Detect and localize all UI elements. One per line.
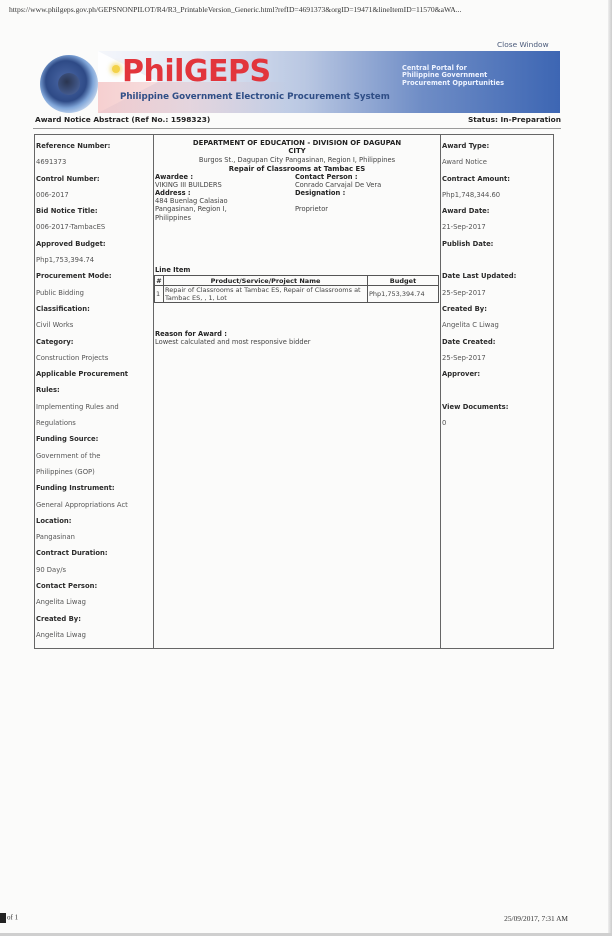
contact-person: Conrado Carvajal De Vera <box>295 181 435 189</box>
middle-details-column: DEPARTMENT OF EDUCATION - DIVISION OF DA… <box>154 135 440 648</box>
field-label: Rules: <box>35 382 153 398</box>
field-label: Contract Amount: <box>441 171 555 187</box>
field-value: Regulations <box>35 415 153 431</box>
print-timestamp: 25/09/2017, 7:31 AM <box>504 914 568 923</box>
line-item-table: # Product/Service/Project Name Budget 1 … <box>154 275 439 303</box>
field-value: Php1,753,394.74 <box>35 252 153 268</box>
org-name-line: CITY <box>154 147 440 155</box>
field-value: General Appropriations Act <box>35 497 153 513</box>
project-title: Repair of Classrooms at Tambac ES <box>154 165 440 173</box>
org-name-line: DEPARTMENT OF EDUCATION - DIVISION OF DA… <box>154 139 440 147</box>
left-details-column: Reference Number:4691373Control Number:0… <box>35 135 154 648</box>
field-value: Pangasinan <box>35 529 153 545</box>
philgeps-globe-logo <box>40 55 98 113</box>
field-label: Funding Source: <box>35 431 153 447</box>
awardee-name: VIKING III BUILDERS <box>155 181 290 189</box>
field-value <box>441 252 555 268</box>
field-label: Contact Person: <box>35 578 153 594</box>
row-budget: Php1,753,394.74 <box>368 286 439 303</box>
field-value: 25-Sep-2017 <box>441 350 555 366</box>
field-label: Contract Duration: <box>35 545 153 561</box>
field-value: 006-2017 <box>35 187 153 203</box>
field-value: Angelita C Liwag <box>441 317 555 333</box>
brand-name: PhilGEPS <box>122 55 271 89</box>
address-label: Address : <box>155 189 290 197</box>
field-value: Philippines (GOP) <box>35 464 153 480</box>
philgeps-banner: PhilGEPS Philippine Government Electroni… <box>98 51 560 113</box>
row-name: Repair of Classrooms at Tambac ES, Repai… <box>164 286 368 303</box>
entity-address: Burgos St., Dagupan City Pangasinan, Reg… <box>154 156 440 165</box>
field-value: 006-2017-TambacES <box>35 219 153 235</box>
awardee-label: Awardee : <box>155 173 290 181</box>
col-header-budget: Budget <box>368 276 439 286</box>
field-label: Control Number: <box>35 171 153 187</box>
tagline-line: Procurement Oppurtunities <box>402 80 504 87</box>
field-value <box>441 382 555 398</box>
field-label: Procurement Mode: <box>35 268 153 284</box>
field-label: Approver: <box>441 366 555 382</box>
reason-value: Lowest calculated and most responsive bi… <box>155 338 310 346</box>
field-label: Bid Notice Title: <box>35 203 153 219</box>
page-marker-icon <box>0 913 6 923</box>
page-url: https://www.philgeps.gov.ph/GEPSNONPILOT… <box>9 5 599 14</box>
right-details-column: Award Type:Award NoticeContract Amount:P… <box>440 135 555 648</box>
field-value: Angelita Liwag <box>35 594 153 610</box>
banner-tagline: Central Portal for Philippine Government… <box>402 65 504 87</box>
field-label: Location: <box>35 513 153 529</box>
field-label: Category: <box>35 334 153 350</box>
right-field-stack: Award Type:Award NoticeContract Amount:P… <box>441 135 555 431</box>
field-value: Public Bidding <box>35 285 153 301</box>
reason-label: Reason for Award : <box>155 330 310 338</box>
field-value: 25-Sep-2017 <box>441 285 555 301</box>
awardee-block: Awardee : VIKING III BUILDERS Address : … <box>154 173 440 245</box>
close-window-link[interactable]: Close Window <box>497 40 549 49</box>
awardee-address-line: 484 Buenlag Calasiao <box>155 197 290 205</box>
table-row: 1 Repair of Classrooms at Tambac ES, Rep… <box>155 286 439 303</box>
field-label: Funding Instrument: <box>35 480 153 496</box>
contact-person-label: Contact Person : <box>295 173 435 181</box>
field-label: Date Created: <box>441 334 555 350</box>
sun-icon <box>112 65 120 73</box>
field-label: Publish Date: <box>441 236 555 252</box>
field-value: Php1,748,344.60 <box>441 187 555 203</box>
field-value: 4691373 <box>35 154 153 170</box>
page-counter: of 1 <box>0 913 18 923</box>
designation: Proprietor <box>295 205 435 213</box>
status-badge: Status: In-Preparation <box>468 115 561 124</box>
field-label: Approved Budget: <box>35 236 153 252</box>
line-item-title: Line Item <box>155 266 190 274</box>
brand-subtitle: Philippine Government Electronic Procure… <box>120 92 390 102</box>
page-title: Award Notice Abstract (Ref No.: 1598323) <box>35 115 210 124</box>
field-label: Award Type: <box>441 138 555 154</box>
field-label: Classification: <box>35 301 153 317</box>
procuring-entity: DEPARTMENT OF EDUCATION - DIVISION OF DA… <box>154 135 440 156</box>
field-value: Award Notice <box>441 154 555 170</box>
page-count: of 1 <box>7 914 18 922</box>
row-num: 1 <box>155 286 164 303</box>
award-notice-frame: Reference Number:4691373Control Number:0… <box>34 134 554 649</box>
field-label: Created By: <box>441 301 555 317</box>
col-header-name: Product/Service/Project Name <box>164 276 368 286</box>
field-value: Construction Projects <box>35 350 153 366</box>
field-value: 21-Sep-2017 <box>441 219 555 235</box>
field-label: Reference Number: <box>35 138 153 154</box>
title-row: Award Notice Abstract (Ref No.: 1598323)… <box>35 115 561 124</box>
scan-edge <box>608 0 612 936</box>
col-header-num: # <box>155 276 164 286</box>
field-value: Civil Works <box>35 317 153 333</box>
field-label: Award Date: <box>441 203 555 219</box>
reason-for-award: Reason for Award : Lowest calculated and… <box>155 330 310 346</box>
field-value: Government of the <box>35 448 153 464</box>
field-label: View Documents: <box>441 399 555 415</box>
field-value: 90 Day/s <box>35 562 153 578</box>
left-field-stack: Reference Number:4691373Control Number:0… <box>35 135 153 643</box>
awardee-address-line: Philippines <box>155 214 290 222</box>
designation-label: Designation : <box>295 189 435 197</box>
field-label: Applicable Procurement <box>35 366 153 382</box>
divider <box>33 128 561 129</box>
field-label: Date Last Updated: <box>441 268 555 284</box>
awardee-address-line: Pangasinan, Region I, <box>155 205 290 213</box>
field-value: Angelita Liwag <box>35 627 153 643</box>
field-value: 0 <box>441 415 555 431</box>
field-label: Created By: <box>35 611 153 627</box>
field-value: Implementing Rules and <box>35 399 153 415</box>
